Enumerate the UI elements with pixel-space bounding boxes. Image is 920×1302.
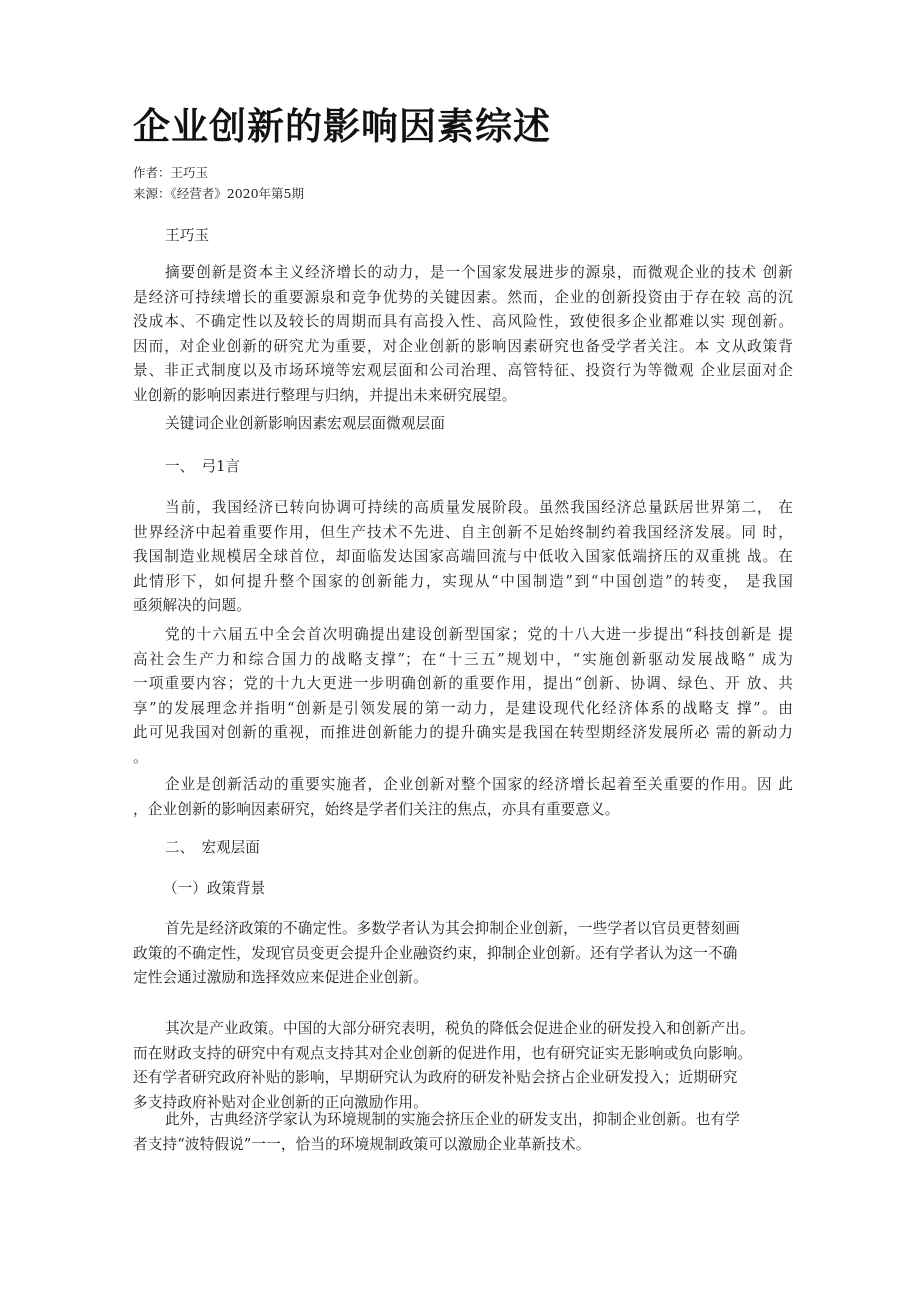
abstract-paragraph: 摘要创新是资本主义经济增长的动力，是一个国家发展进步的源泉，而微观企业的技术 创… bbox=[133, 261, 793, 408]
text-line: 世界经济中起着重要作用，但生产技术不先进、自主创新不足始终制约着我国经济发展。同… bbox=[133, 521, 793, 546]
text-line: 企业是创新活动的重要实施者，企业创新对整个国家的经济增长起着至关重要的作用。因 … bbox=[133, 773, 793, 798]
intro-paragraph-2: 党的十六届五中全会首次明确提出建设创新型国家；党的十八大进一步提出“科技创新是 … bbox=[133, 623, 793, 770]
text-line: 此外，古典经济学家认为环境规制的实施会挤压企业的研发支出，抑制企业创新。也有学 bbox=[133, 1108, 793, 1133]
source-line: 来源：《经营者》2020年第5期 bbox=[133, 184, 304, 202]
text-line: 政策的不确定性，发现官员变更会提升企业融资约束，抑制企业创新。还有学者认为这一不… bbox=[133, 942, 793, 967]
text-line: 景、非正式制度以及市场环境等宏观层面和公司治理、高管特征、投资行为等微观 企业层… bbox=[133, 359, 793, 384]
text-line: 此情形下，如何提升整个国家的创新能力，实现从“中国制造”到“中国创造”的转变， … bbox=[133, 570, 793, 595]
article-title: 企业创新的影响因素综述 bbox=[133, 96, 551, 150]
subsection-heading-text: （一）政策背景 bbox=[133, 877, 793, 902]
policy-paragraph-1: 首先是经济政策的不确定性。多数学者认为其会抑制企业创新，一些学者以官员更替刻画 … bbox=[133, 917, 793, 991]
text-line: 一项重要内容；党的十九大更进一步明确创新的重要作用，提出“创新、协调、绿色、开 … bbox=[133, 672, 793, 697]
section-heading-text: 二、 宏观层面 bbox=[133, 836, 793, 861]
text-line: 党的十六届五中全会首次明确提出建设创新型国家；党的十八大进一步提出“科技创新是 … bbox=[133, 623, 793, 648]
text-line: 首先是经济政策的不确定性。多数学者认为其会抑制企业创新，一些学者以官员更替刻画 bbox=[133, 917, 793, 942]
text-line: 业创新的影响因素进行整理与归纳，并提出未来研究展望。 bbox=[133, 384, 793, 409]
keywords-text: 关键词企业创新影响因素宏观层面微观层面 bbox=[133, 412, 793, 437]
text-line: 高社会生产力和综合国力的战略支撑”；在“十三五”规划中，“实施创新驱动发展战略”… bbox=[133, 648, 793, 673]
text-line: 因而，对企业创新的研究尤为重要，对企业创新的影响因素研究也备受学者关注。本 文从… bbox=[133, 335, 793, 360]
text-line: 我国制造业规模居全球首位，却面临发达国家高端回流与中低收入国家低端挤压的双重挑 … bbox=[133, 545, 793, 570]
text-line: 。 bbox=[133, 746, 793, 771]
text-line: 亟须解决的问题。 bbox=[133, 594, 793, 619]
keywords-paragraph: 关键词企业创新影响因素宏观层面微观层面 bbox=[133, 412, 793, 437]
text-line: 而在财政支持的研究中有观点支持其对企业创新的促进作用，也有研究证实无影响或负向影… bbox=[133, 1042, 793, 1067]
subsection-1-heading: （一）政策背景 bbox=[133, 877, 793, 902]
text-line: 此可见我国对创新的重视，而推进创新能力的提升确实是我国在转型期经济发展所必 需的… bbox=[133, 721, 793, 746]
text-line: 享”的发展理念并指明“创新是引领发展的第一动力，是建设现代化经济体系的战略支 撑… bbox=[133, 697, 793, 722]
section-1-heading: 一、 弓1言 bbox=[133, 455, 793, 480]
policy-paragraph-2: 其次是产业政策。中国的大部分研究表明，税负的降低会促进企业的研发投入和创新产出。… bbox=[133, 1017, 793, 1115]
text-line: 还有学者研究政府补贴的影响，早期研究认为政府的研发补贴会挤占企业研发投入；近期研… bbox=[133, 1066, 793, 1091]
text-line: 摘要创新是资本主义经济增长的动力，是一个国家发展进步的源泉，而微观企业的技术 创… bbox=[133, 261, 793, 286]
text-line: ，企业创新的影响因素研究，始终是学者们关注的焦点，亦具有重要意义。 bbox=[133, 798, 793, 823]
author-line: 作者：王巧玉 bbox=[133, 163, 208, 181]
text-line: 没成本、不确定性以及较长的周期而具有高投入性、高风险性，致使很多企业都难以实 现… bbox=[133, 310, 793, 335]
text-line: 者支持“波特假说”一一，恰当的环境规制政策可以激励企业革新技术。 bbox=[133, 1133, 793, 1158]
intro-paragraph-3: 企业是创新活动的重要实施者，企业创新对整个国家的经济增长起着至关重要的作用。因 … bbox=[133, 773, 793, 822]
text-line: 当前，我国经济已转向协调可持续的高质量发展阶段。虽然我国经济总量跃居世界第二， … bbox=[133, 496, 793, 521]
intro-paragraph-1: 当前，我国经济已转向协调可持续的高质量发展阶段。虽然我国经济总量跃居世界第二， … bbox=[133, 496, 793, 619]
document-page: 企业创新的影响因素综述 作者：王巧玉 来源：《经营者》2020年第5期 王巧玉 … bbox=[0, 0, 920, 1302]
text-line: 是经济可持续增长的重要源泉和竞争优势的关键因素。然而，企业的创新投资由于存在较 … bbox=[133, 286, 793, 311]
byline-text: 王巧玉 bbox=[133, 224, 793, 249]
section-heading-text: 一、 弓1言 bbox=[133, 455, 793, 480]
text-line: 其次是产业政策。中国的大部分研究表明，税负的降低会促进企业的研发投入和创新产出。 bbox=[133, 1017, 793, 1042]
policy-paragraph-3: 此外，古典经济学家认为环境规制的实施会挤压企业的研发支出，抑制企业创新。也有学 … bbox=[133, 1108, 793, 1157]
section-2-heading: 二、 宏观层面 bbox=[133, 836, 793, 861]
byline: 王巧玉 bbox=[133, 224, 793, 249]
text-line: 定性会通过激励和选择效应来促进企业创新。 bbox=[133, 966, 793, 991]
